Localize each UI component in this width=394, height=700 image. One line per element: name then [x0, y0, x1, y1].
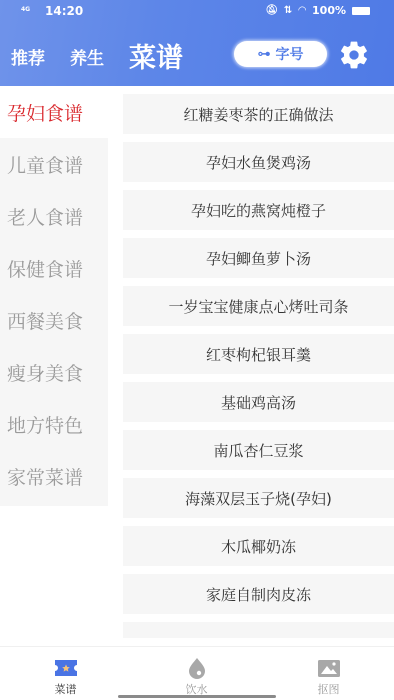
tab-recipes[interactable]: 菜谱 [129, 36, 183, 75]
sidebar-item-pregnancy[interactable]: 孕妇食谱 [0, 86, 108, 138]
sidebar-item-children[interactable]: 儿童食谱 [0, 138, 108, 190]
top-nav: 推荐 养生 菜谱 ⊶ 字号 [0, 36, 394, 72]
recipe-item[interactable]: 孕妇鲫鱼萝卜汤 [123, 238, 394, 278]
tabbar-label: 抠图 [318, 681, 340, 697]
recipe-item[interactable]: 红糖姜枣茶的正确做法 [123, 94, 394, 134]
home-indicator[interactable] [118, 695, 276, 698]
battery-icon [352, 7, 370, 15]
recipe-item[interactable]: 孕妇吃的燕窝炖橙子 [123, 190, 394, 230]
sidebar-item-homestyle[interactable]: 家常菜谱 [0, 450, 108, 502]
font-size-icon: ⊶ [258, 47, 270, 62]
gear-icon[interactable] [338, 39, 370, 71]
recipe-item[interactable]: 海藻双层玉子烧(孕妇) [123, 478, 394, 518]
recipe-item[interactable]: 家庭自制肉皮冻 [123, 574, 394, 614]
category-sidebar: 孕妇食谱 儿童食谱 老人食谱 保健食谱 西餐美食 瘦身美食 地方特色 家常菜谱 [0, 86, 108, 506]
recipe-item[interactable]: 木瓜椰奶冻 [123, 526, 394, 566]
ticket-star-icon [53, 657, 79, 679]
water-drop-icon [184, 657, 210, 679]
status-bar: 4G 14:20 🔕︎ ⇅ ◠ 100% [0, 0, 394, 26]
font-size-button[interactable]: ⊶ 字号 [234, 41, 327, 67]
tab-recommend[interactable]: 推荐 [11, 44, 45, 69]
recipe-item[interactable]: 红枣枸杞银耳羹 [123, 334, 394, 374]
sidebar-item-health[interactable]: 保健食谱 [0, 242, 108, 294]
header: 4G 14:20 🔕︎ ⇅ ◠ 100% 推荐 养生 菜谱 ⊶ 字号 [0, 0, 394, 86]
sidebar-item-slimming[interactable]: 瘦身美食 [0, 346, 108, 398]
sidebar-item-elderly[interactable]: 老人食谱 [0, 190, 108, 242]
recipe-item[interactable]: 牛奶花生核桃豆浆 [123, 622, 394, 638]
wifi-icon: ◠ [298, 5, 306, 16]
battery-percent: 100% [312, 4, 346, 17]
signal-indicator: 4G [21, 7, 30, 13]
sidebar-item-regional[interactable]: 地方特色 [0, 398, 108, 450]
tabbar-label: 菜谱 [55, 681, 77, 697]
tab-health[interactable]: 养生 [70, 44, 104, 69]
tabbar-item-water[interactable]: 饮水 [131, 647, 262, 700]
status-icons: 🔕︎ ⇅ ◠ 100% [265, 4, 370, 17]
recipe-item[interactable]: 孕妇水鱼煲鸡汤 [123, 142, 394, 182]
tabbar-item-cutout[interactable]: 抠图 [263, 647, 394, 700]
font-size-label: 字号 [276, 44, 304, 64]
mute-icon: 🔕︎ [265, 5, 278, 16]
tabbar-item-recipes[interactable]: 菜谱 [0, 647, 131, 700]
status-time: 14:20 [45, 4, 83, 18]
recipe-item[interactable]: 一岁宝宝健康点心烤吐司条 [123, 286, 394, 326]
recipe-item[interactable]: 南瓜杏仁豆浆 [123, 430, 394, 470]
sidebar-item-western[interactable]: 西餐美食 [0, 294, 108, 346]
recipe-list[interactable]: 红糖姜枣茶的正确做法 孕妇水鱼煲鸡汤 孕妇吃的燕窝炖橙子 孕妇鲫鱼萝卜汤 一岁宝… [123, 86, 394, 638]
image-icon [316, 657, 342, 679]
recipe-item[interactable]: 基础鸡高汤 [123, 382, 394, 422]
bottom-tab-bar: 菜谱 饮水 抠图 [0, 646, 394, 700]
network-speed-icon: ⇅ [284, 5, 292, 16]
